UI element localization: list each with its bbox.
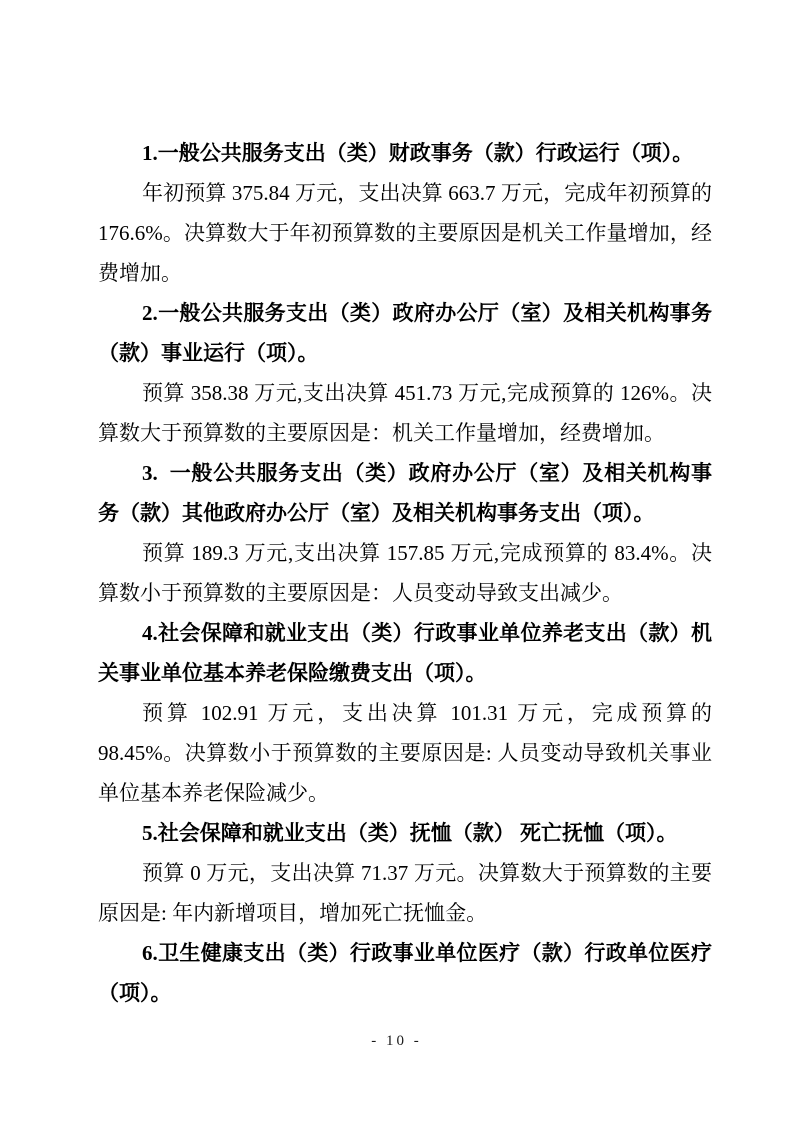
- section-heading: 2.一般公共服务支出（类）政府办公厅（室）及相关机构事务（款）事业运行（项）。: [98, 293, 712, 373]
- section-heading: 4.社会保障和就业支出（类）行政事业单位养老支出（款）机关事业单位基本养老保险缴…: [98, 613, 712, 693]
- section-heading: 3. 一般公共服务支出（类）政府办公厅（室）及相关机构事务（款）其他政府办公厅（…: [98, 453, 712, 533]
- budget-section-1: 1.一般公共服务支出（类）财政事务（款）行政运行（项）。 年初预算 375.84…: [98, 133, 712, 293]
- document-content: 1.一般公共服务支出（类）财政事务（款）行政运行（项）。 年初预算 375.84…: [0, 0, 793, 1013]
- budget-section-2: 2.一般公共服务支出（类）政府办公厅（室）及相关机构事务（款）事业运行（项）。 …: [98, 293, 712, 453]
- section-body: 预算 358.38 万元,支出决算 451.73 万元,完成预算的 126%。决…: [98, 373, 712, 453]
- budget-section-6: 6.卫生健康支出（类）行政事业单位医疗（款）行政单位医疗（项）。: [98, 933, 712, 1013]
- section-body: 预算 102.91 万元，支出决算 101.31 万元，完成预算的 98.45%…: [98, 693, 712, 813]
- document-page: 1.一般公共服务支出（类）财政事务（款）行政运行（项）。 年初预算 375.84…: [0, 0, 793, 1122]
- section-body: 年初预算 375.84 万元，支出决算 663.7 万元，完成年初预算的 176…: [98, 173, 712, 293]
- budget-section-3: 3. 一般公共服务支出（类）政府办公厅（室）及相关机构事务（款）其他政府办公厅（…: [98, 453, 712, 613]
- section-heading: 5.社会保障和就业支出（类）抚恤（款） 死亡抚恤（项）。: [98, 813, 712, 853]
- section-heading: 1.一般公共服务支出（类）财政事务（款）行政运行（项）。: [98, 133, 712, 173]
- page-number: - 10 -: [0, 1030, 793, 1052]
- budget-section-4: 4.社会保障和就业支出（类）行政事业单位养老支出（款）机关事业单位基本养老保险缴…: [98, 613, 712, 813]
- section-heading: 6.卫生健康支出（类）行政事业单位医疗（款）行政单位医疗（项）。: [98, 933, 712, 1013]
- section-body: 预算 0 万元，支出决算 71.37 万元。决算数大于预算数的主要原因是: 年内…: [98, 853, 712, 933]
- budget-section-5: 5.社会保障和就业支出（类）抚恤（款） 死亡抚恤（项）。 预算 0 万元，支出决…: [98, 813, 712, 933]
- section-body: 预算 189.3 万元,支出决算 157.85 万元,完成预算的 83.4%。决…: [98, 533, 712, 613]
